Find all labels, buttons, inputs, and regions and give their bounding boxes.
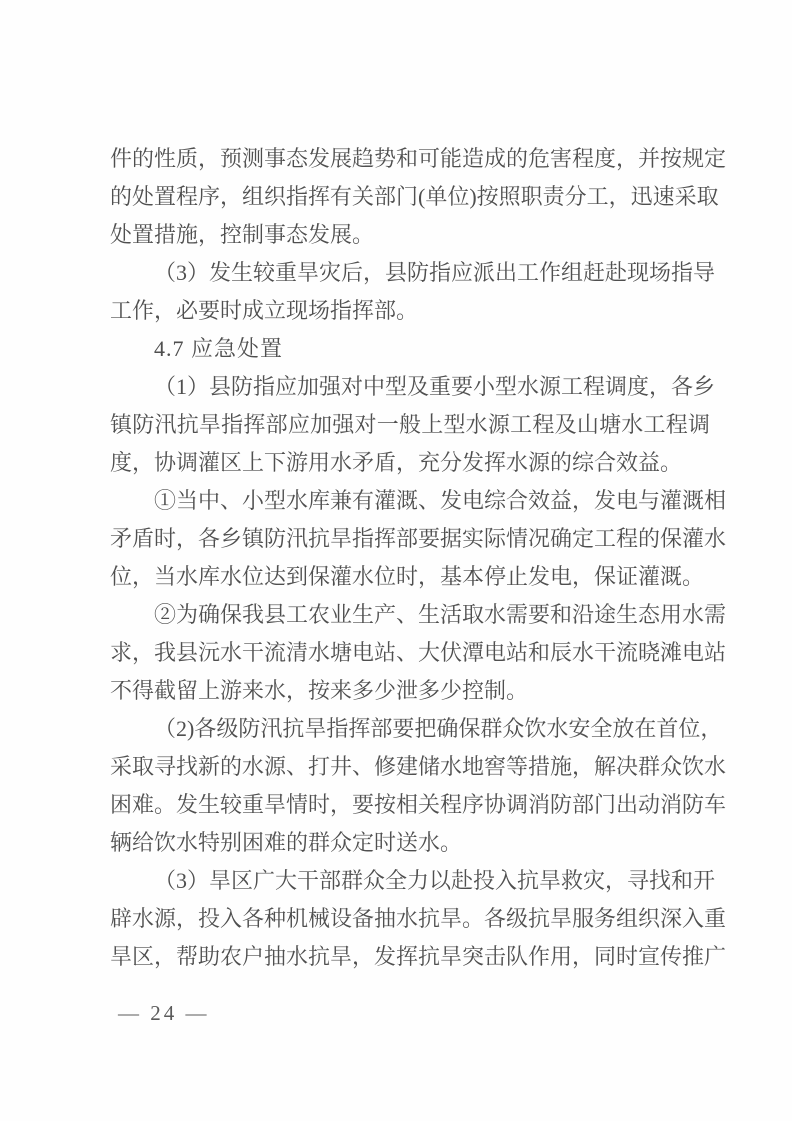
text-line: （3）发生较重旱灾后，县防指应派出工作组赶赴现场指导 (110, 254, 710, 292)
text-line: ②为确保我县工农业生产、生活取水需要和沿途生态用水需 (110, 596, 710, 634)
text-line: ①当中、小型水库兼有灌溉、发电综合效益，发电与灌溉相 (110, 482, 710, 520)
text-line: 求，我县沅水干流清水塘电站、大伏潭电站和辰水干流晓滩电站 (110, 634, 710, 672)
text-line: 位，当水库水位达到保灌水位时，基本停止发电，保证灌溉。 (110, 558, 710, 596)
text-line: （3）旱区广大干部群众全力以赴投入抗旱救灾，寻找和开 (110, 862, 710, 900)
text-line: 度，协调灌区上下游用水矛盾，充分发挥水源的综合效益。 (110, 444, 710, 482)
text-line: （1）县防指应加强对中型及重要小型水源工程调度，各乡 (110, 368, 710, 406)
section-heading: 4.7 应急处置 (110, 330, 710, 368)
text-line: 的处置程序，组织指挥有关部门(单位)按照职责分工，迅速采取 (110, 178, 710, 216)
text-line: 件的性质，预测事态发展趋势和可能造成的危害程度，并按规定 (110, 140, 710, 178)
text-line: 采取寻找新的水源、打井、修建储水地窖等措施，解决群众饮水 (110, 748, 710, 786)
text-line: 辆给饮水特别困难的群众定时送水。 (110, 824, 710, 862)
text-line: 工作，必要时成立现场指挥部。 (110, 292, 710, 330)
text-line: 处置措施，控制事态发展。 (110, 216, 710, 254)
document-body: 件的性质，预测事态发展趋势和可能造成的危害程度，并按规定的处置程序，组织指挥有关… (110, 140, 710, 976)
text-line: 旱区，帮助农户抽水抗旱，发挥抗旱突击队作用，同时宣传推广 (110, 938, 710, 976)
text-line: 辟水源，投入各种机械设备抽水抗旱。各级抗旱服务组织深入重 (110, 900, 710, 938)
text-line: 不得截留上游来水，按来多少泄多少控制。 (110, 672, 710, 710)
document-page: 件的性质，预测事态发展趋势和可能造成的危害程度，并按规定的处置程序，组织指挥有关… (0, 0, 792, 1121)
page-number: — 24 — (118, 1000, 210, 1026)
text-line: 困难。发生较重旱情时，要按相关程序协调消防部门出动消防车 (110, 786, 710, 824)
text-line: 镇防汛抗旱指挥部应加强对一般上型水源工程及山塘水工程调 (110, 406, 710, 444)
text-line: （2)各级防汛抗旱指挥部要把确保群众饮水安全放在首位， (110, 710, 710, 748)
text-line: 矛盾时，各乡镇防汛抗旱指挥部要据实际情况确定工程的保灌水 (110, 520, 710, 558)
